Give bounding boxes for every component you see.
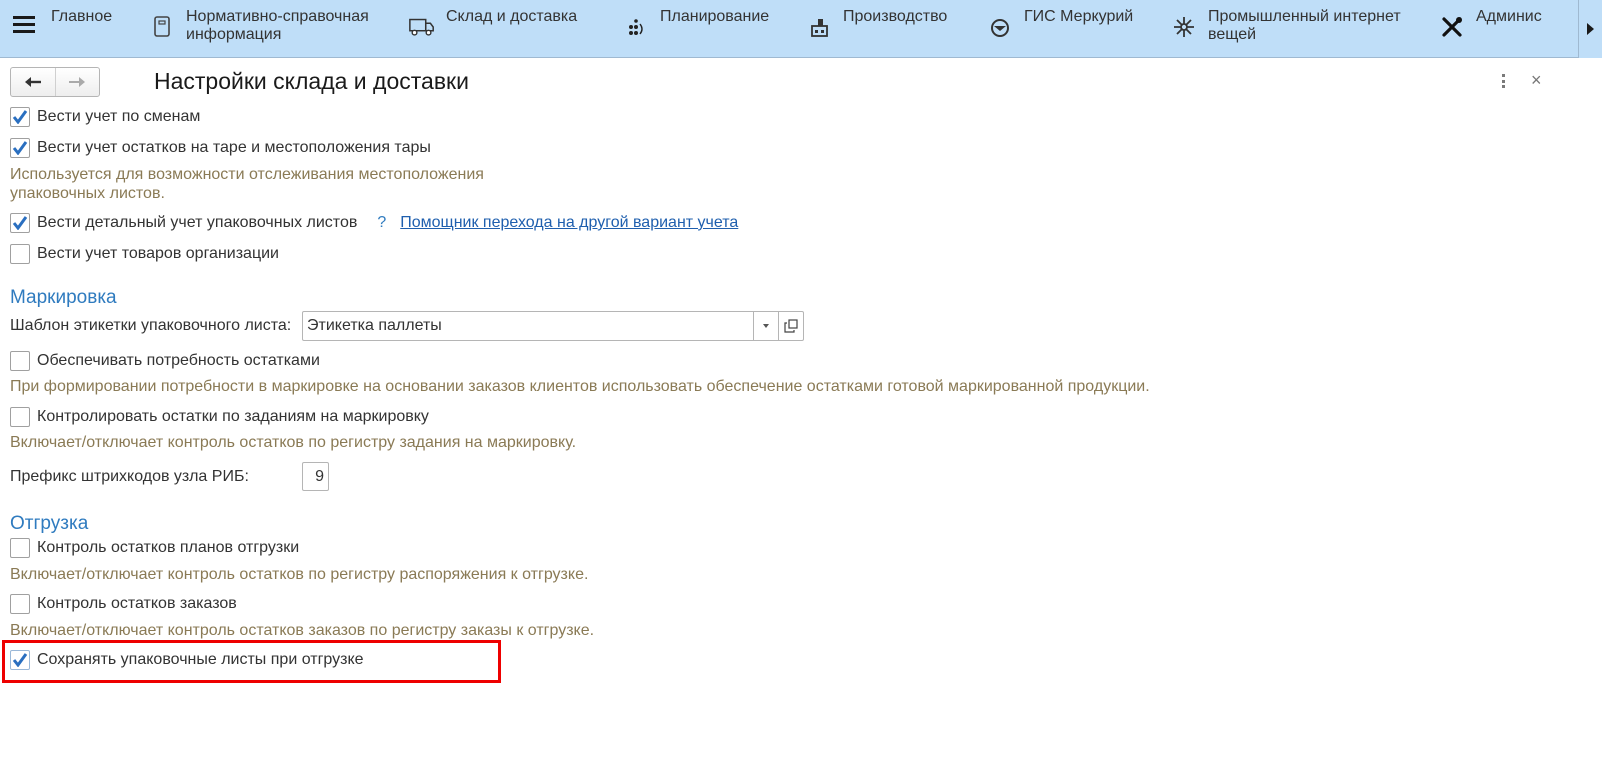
kebab-icon-dot: [1502, 80, 1505, 83]
nav-label: Админис: [1476, 8, 1542, 26]
packing-detail-label[interactable]: Вести детальный учет упаковочных листов: [37, 214, 357, 232]
close-button[interactable]: ×: [1531, 70, 1542, 90]
tare-hint: Используется для возможности отслеживани…: [10, 165, 484, 203]
provide-setting: Обеспечивать потребность остатками: [10, 351, 320, 371]
orders-label[interactable]: Контроль остатков заказов: [37, 595, 237, 613]
label-template-label: Шаблон этикетки упаковочного листа:: [10, 317, 291, 335]
save-packing-checkbox[interactable]: [10, 650, 30, 670]
orders-hint: Включает/отключает контроль остатков зак…: [10, 621, 594, 640]
open-window-icon: [784, 319, 798, 333]
packing-detail-checkbox[interactable]: [10, 213, 30, 233]
hamburger-icon-bar: [13, 30, 35, 33]
save-packing-setting: Сохранять упаковочные листы при отгрузке: [10, 650, 364, 670]
tools-icon: [1438, 15, 1466, 39]
label-template-input[interactable]: [303, 312, 753, 340]
packing-detail-setting: Вести детальный учет упаковочных листов …: [10, 213, 738, 233]
save-packing-label[interactable]: Сохранять упаковочные листы при отгрузке: [37, 651, 364, 669]
nav-label: Планирование: [660, 8, 769, 26]
control-tasks-label[interactable]: Контролировать остатки по заданиям на ма…: [37, 408, 429, 426]
provide-hint: При формировании потребности в маркировк…: [10, 377, 1150, 396]
control-tasks-setting: Контролировать остатки по заданиям на ма…: [10, 407, 429, 427]
more-actions-button[interactable]: [1496, 72, 1510, 90]
dropdown-button[interactable]: [753, 312, 778, 340]
tare-setting: Вести учет остатков на таре и местополож…: [10, 138, 431, 158]
nav-label: ГИС Меркурий: [1024, 8, 1133, 26]
plans-setting: Контроль остатков планов отгрузки: [10, 538, 299, 558]
nav-item-main[interactable]: Главное: [42, 8, 112, 26]
shipment-section-title: Отгрузка: [10, 513, 88, 535]
hamburger-icon-bar: [13, 23, 35, 26]
provide-checkbox[interactable]: [10, 351, 30, 371]
nav-label: Главное: [51, 8, 112, 26]
marking-section-title: Маркировка: [10, 287, 117, 309]
nav-label: Нормативно-справочная информация: [186, 8, 369, 44]
help-icon[interactable]: ?: [377, 214, 386, 232]
mercury-icon: [986, 15, 1014, 39]
arrow-right-icon: [1587, 23, 1594, 35]
shifts-label[interactable]: Вести учет по сменам: [37, 108, 200, 126]
nav-item-gis-mercury[interactable]: ГИС Меркурий: [986, 8, 1133, 39]
barcode-prefix-label: Префикс штрихкодов узла РИБ:: [10, 468, 249, 486]
chevron-down-icon: [763, 324, 769, 328]
tare-checkbox[interactable]: [10, 138, 30, 158]
nav-item-production[interactable]: Производство: [805, 8, 947, 39]
shifts-checkbox[interactable]: [10, 107, 30, 127]
factory-icon: [805, 15, 833, 39]
planning-dots-icon: [622, 15, 650, 39]
plans-label[interactable]: Контроль остатков планов отгрузки: [37, 539, 299, 557]
nav-item-administration[interactable]: Админис: [1438, 8, 1542, 39]
barcode-prefix-input[interactable]: [302, 462, 329, 491]
nav-scroll-right-button[interactable]: [1578, 0, 1602, 58]
orders-setting: Контроль остатков заказов: [10, 594, 237, 614]
shifts-setting: Вести учет по сменам: [10, 107, 200, 127]
control-tasks-hint: Включает/отключает контроль остатков по …: [10, 433, 576, 452]
forward-button[interactable]: [55, 68, 100, 96]
kebab-icon-dot: [1502, 85, 1505, 88]
org-goods-label[interactable]: Вести учет товаров организации: [37, 245, 279, 263]
nav-label: Промышленный интернет вещей: [1208, 8, 1401, 44]
hamburger-icon: [13, 16, 35, 19]
nav-item-iot[interactable]: Промышленный интернет вещей: [1170, 8, 1401, 44]
history-navigation: [10, 67, 100, 97]
nav-label: Производство: [843, 8, 947, 26]
tare-label[interactable]: Вести учет остатков на таре и местополож…: [37, 139, 431, 157]
nav-item-warehouse-delivery[interactable]: Склад и доставка: [408, 8, 577, 39]
nav-item-reference-info[interactable]: Нормативно-справочная информация: [148, 8, 369, 44]
truck-icon: [408, 15, 436, 39]
plans-hint: Включает/отключает контроль остатков по …: [10, 565, 588, 584]
main-menu-button[interactable]: [13, 16, 35, 38]
iot-network-icon: [1170, 15, 1198, 39]
top-navigation: Главное Нормативно-справочная информация…: [0, 0, 1602, 58]
label-template-field: [302, 311, 804, 341]
org-goods-checkbox[interactable]: [10, 244, 30, 264]
back-button[interactable]: [11, 68, 55, 96]
transition-assistant-link[interactable]: Помощник перехода на другой вариант учет…: [400, 214, 738, 232]
nav-label: Склад и доставка: [446, 8, 577, 26]
provide-label[interactable]: Обеспечивать потребность остатками: [37, 352, 320, 370]
notebook-icon: [148, 15, 176, 39]
kebab-icon: [1502, 74, 1505, 77]
arrow-left-icon: [24, 76, 42, 88]
control-tasks-checkbox[interactable]: [10, 407, 30, 427]
arrow-right-icon: [68, 76, 86, 88]
open-button[interactable]: [778, 312, 803, 340]
nav-item-planning[interactable]: Планирование: [622, 8, 769, 39]
org-goods-setting: Вести учет товаров организации: [10, 244, 279, 264]
page-title: Настройки склада и доставки: [154, 68, 469, 95]
orders-checkbox[interactable]: [10, 594, 30, 614]
plans-checkbox[interactable]: [10, 538, 30, 558]
